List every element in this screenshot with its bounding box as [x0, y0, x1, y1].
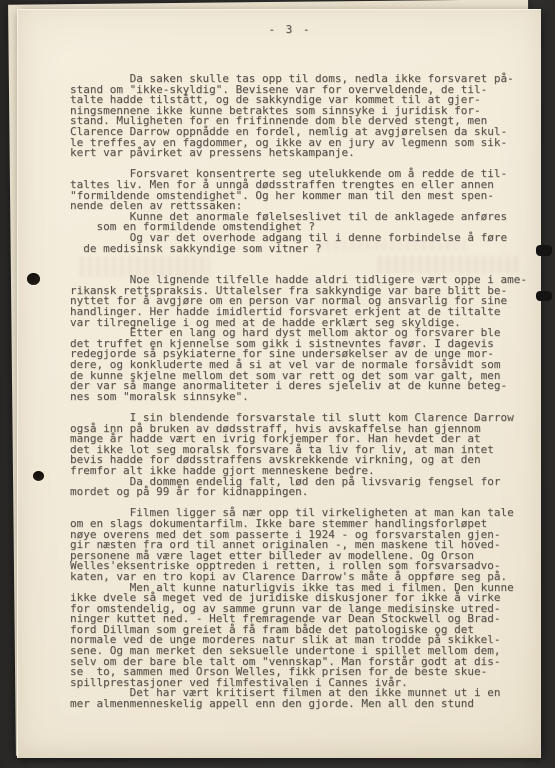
edge-mark — [536, 245, 552, 256]
paragraph: Forsvaret konsentrerte seg utelukkende o… — [70, 169, 525, 254]
page-number: - 3 - — [70, 23, 510, 36]
paragraph: Da saken skulle tas opp til doms, nedla … — [70, 74, 525, 159]
paragraph: I sin blendende forsvarstale til slutt k… — [70, 413, 525, 498]
hole-punch-icon — [27, 273, 40, 285]
paragraph: Noe lignende tilfelle hadde aldri tidlig… — [70, 275, 525, 402]
edge-mark — [536, 291, 552, 301]
hole-punch-icon — [33, 471, 44, 481]
document-body: Da saken skulle tas opp til doms, nedla … — [70, 74, 525, 710]
paragraph: Filmen ligger så nær opp til virkelighet… — [70, 508, 525, 709]
page: - 3 - Da saken skulle tas opp til doms, … — [17, 9, 541, 758]
